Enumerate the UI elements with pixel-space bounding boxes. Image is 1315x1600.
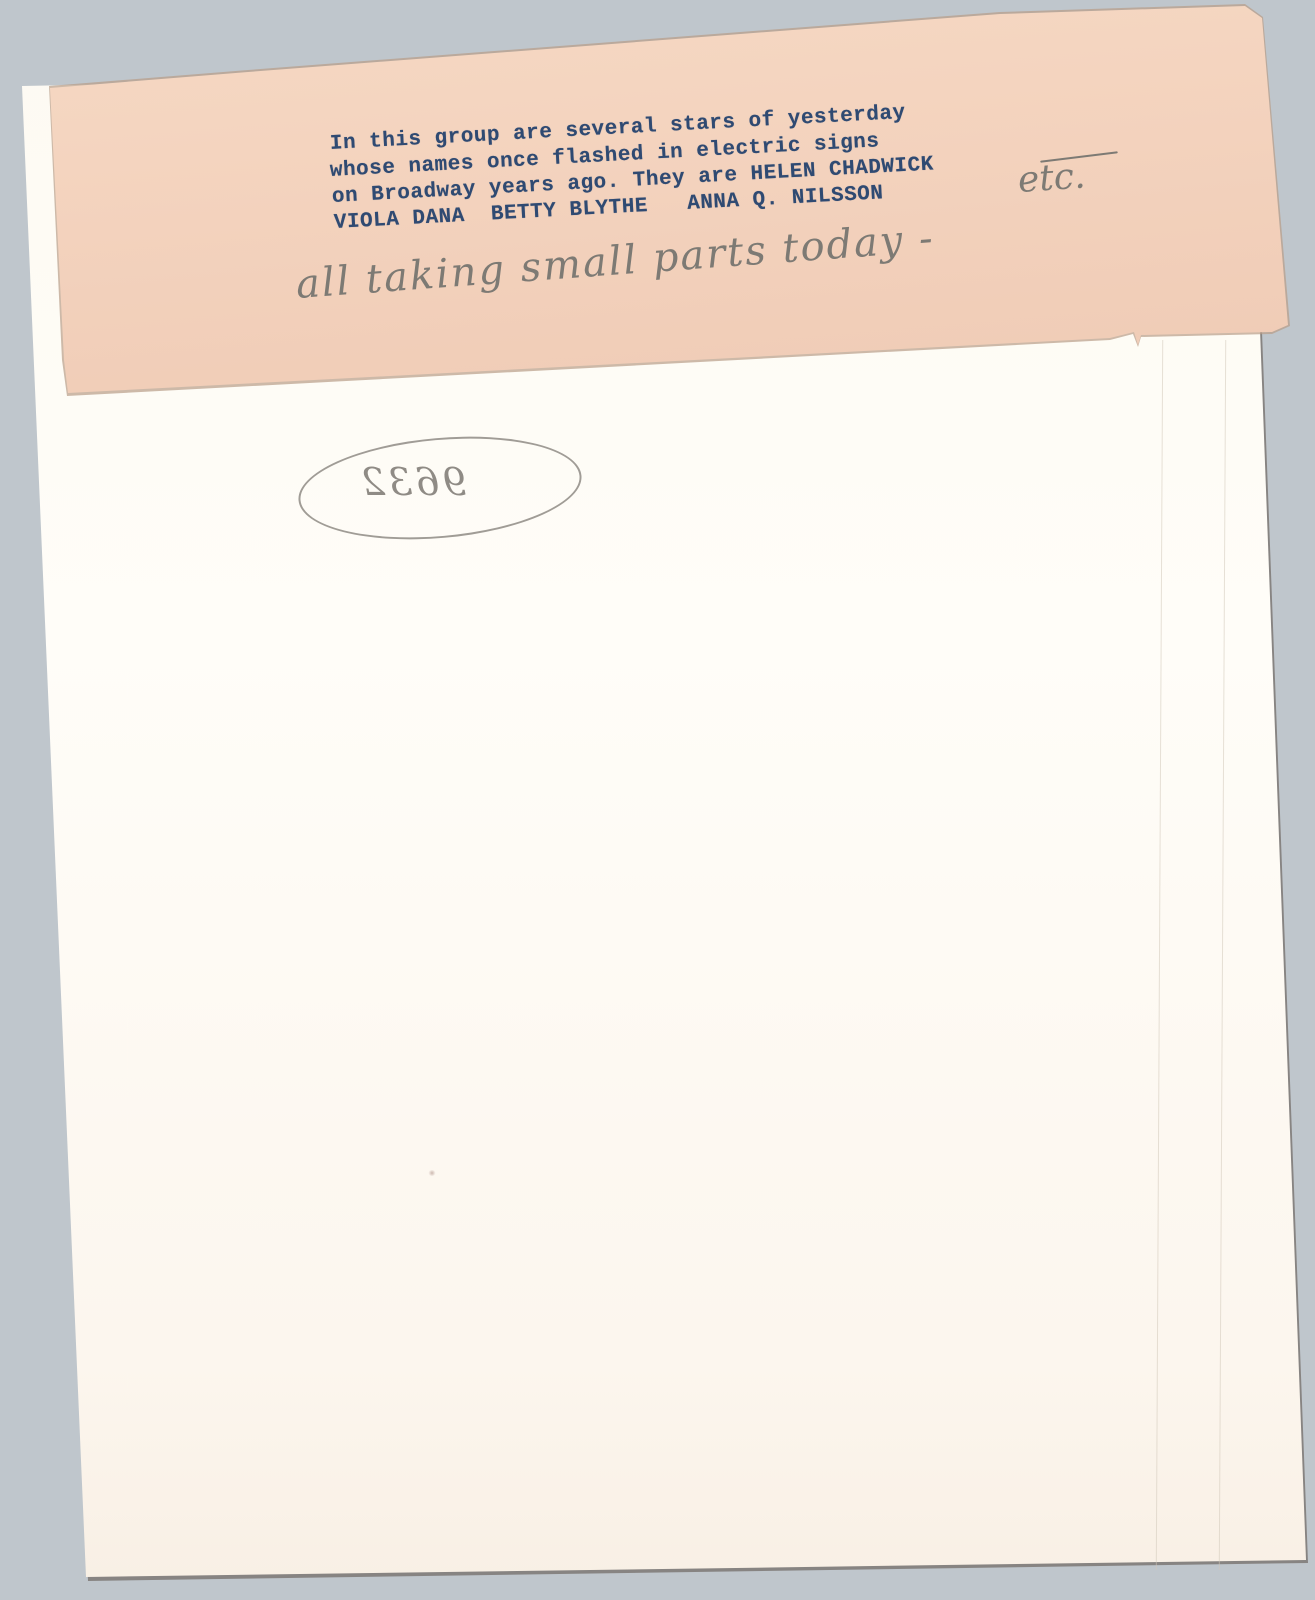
handwritten-etc: etc. (1017, 155, 1087, 201)
catalog-number: 9632 (358, 460, 467, 504)
paper-speck (428, 1170, 436, 1176)
